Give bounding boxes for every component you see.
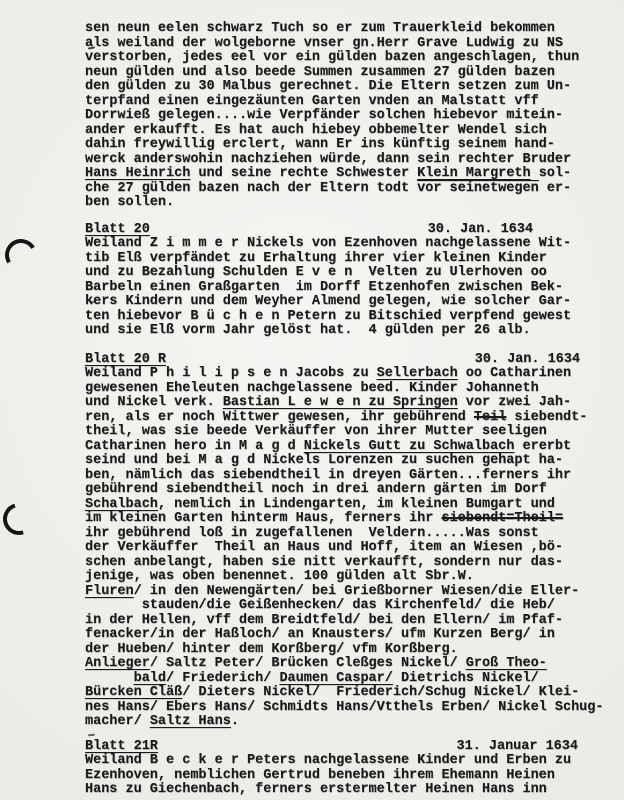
- section-blatt-20r: Blatt 20 R 30. Jan. 1634 Weiland P h i l…: [85, 353, 618, 730]
- text-line: Dorrwieß gelegen....wie Verpfänder solch…: [85, 109, 618, 124]
- text-line: im kleinen Garten hinterm Haus, ferners …: [85, 512, 618, 527]
- text-run: in der Hellen, vff dem Breidtfeld/ bei d…: [85, 613, 563, 628]
- text-line: Weiland B e c k e r Peters nachgelassene…: [85, 754, 618, 769]
- entry-date: 30. Jan. 1634: [475, 353, 580, 368]
- text-line: nes Hans/ Ebers Hans/ Schmidts Hans/Vtth…: [85, 701, 618, 716]
- text-line: werck anderswohin nachziehen würde, dann…: [85, 153, 618, 168]
- text-run: sen neun eelen schwarz Tuch so er zum Tr…: [85, 21, 555, 36]
- underlined-text: Schalbach: [85, 497, 158, 512]
- text-line: neun gülden und also beede Summen zusamm…: [85, 66, 618, 81]
- text-run: neun gülden und also beede Summen zusamm…: [85, 65, 555, 80]
- text-run: gebührend siebendtheil noch in drei ande…: [85, 482, 547, 497]
- entry-header: Blatt 20 30. Jan. 1634: [85, 223, 618, 238]
- text-run: / in den Newengärten/ bei Grießborner Wi…: [134, 584, 580, 599]
- text-run: Weiland P h i l i p s e n Jacobs zu: [85, 366, 377, 381]
- text-line: fenacker/in der Haßloch/ an Knausters/ u…: [85, 628, 618, 643]
- blatt-label: Blatt 20: [85, 223, 150, 238]
- text-run: und sie Elß vorm Jahr gelöst hat. 4 güld…: [85, 323, 531, 338]
- text-run: sol-: [531, 166, 572, 181]
- text-run: ander erkaufft. Es hat auch hiebey obbem…: [85, 123, 547, 138]
- text-run: theil, was sie beede Verkäuffer von ihre…: [85, 424, 547, 439]
- overlined-text: vor seinetwegen: [417, 181, 539, 196]
- text-line: ten hiebevor B ü c h e n Petern zu Bitsc…: [85, 310, 618, 325]
- text-line: stauden/die Geißenhecken/ das Kirchenfel…: [85, 599, 618, 614]
- text-run: den gülden zu 30 Malbus gerechnet. Die E…: [85, 79, 571, 94]
- text-line: tib Elß verpfändet zu Erhaltung ihrer vi…: [85, 252, 618, 267]
- text-run: verstorben, jedes eel vor ein gülden baz…: [85, 50, 579, 65]
- text-run: der Hueben/ hinter dem Korßberg/ vfm Kor…: [85, 642, 458, 657]
- text-line: gebührend siebendtheil noch in drei ande…: [85, 483, 618, 498]
- text-line: bald/ Friederich/ Daumen Caspar/ Dietric…: [85, 672, 618, 687]
- text-run: dahin freywillig erclert, wann Er ins kü…: [85, 137, 555, 152]
- text-line: Catharinen hero in M a g d Nickels Gutt …: [85, 440, 618, 455]
- underlined-text: Fluren: [85, 584, 134, 599]
- text-run: und Nickel verk.: [85, 395, 223, 410]
- entry-header: Blatt 21R 31. Januar 1634: [85, 740, 618, 755]
- document-text: sen neun eelen schwarz Tuch so er zum Tr…: [85, 22, 618, 798]
- text-line: den gülden zu 30 Malbus gerechnet. Die E…: [85, 80, 618, 95]
- text-run: vor zwei Jah-: [458, 395, 571, 410]
- text-line: als weiland der wolgeborne vnser gn.Herr…: [85, 37, 618, 52]
- text-run: und seine rechte Schwester: [190, 166, 417, 181]
- text-run: Weiland B e c k e r Peters nachgelassene…: [85, 753, 571, 768]
- ink-arc-mark: [2, 236, 41, 275]
- text-run: Catharinen hero in M a g d: [85, 439, 304, 454]
- text-line: Weiland Z i m m e r Nickels von Ezenhove…: [85, 237, 618, 252]
- text-line: der Verkäuffer Theil an Haus und Hoff, i…: [85, 541, 618, 556]
- text-line: gewesenen Eheleuten nachgelassene beed. …: [85, 382, 618, 397]
- ink-arc-mark: [0, 497, 41, 540]
- text-run: ben, nämlich das siebendtheil in dreyen …: [85, 468, 571, 483]
- entry-date: 31. Januar 1634: [456, 740, 578, 755]
- text-run: che 27 gülden bazen nach der Eltern todt: [85, 181, 417, 196]
- text-run: / Dieters Nickel/ Friederich/Schug Nicke…: [182, 685, 579, 700]
- underlined-text: Klein Margreth: [417, 166, 530, 181]
- text-line: und zu Bezahlung Schulden E v e n Velten…: [85, 266, 618, 281]
- text-line: kers Kindern und dem Weyher Almend geleg…: [85, 295, 618, 310]
- text-run: Weiland Z i m m e r Nickels von Ezenhove…: [85, 236, 571, 251]
- text-run: ren, als er noch Wittwer gewesen, ihr ge…: [85, 410, 474, 425]
- text-line: dahin freywillig erclert, wann Er ins kü…: [85, 138, 618, 153]
- text-run: gewesenen Eheleuten nachgelassene beed. …: [85, 381, 539, 396]
- text-run: [85, 671, 134, 686]
- blatt-label: Blatt 21R: [85, 740, 158, 755]
- blatt-label: Blatt 20 R: [85, 353, 166, 368]
- text-run: stauden/die Geißenhecken/ das Kirchenfel…: [85, 598, 555, 613]
- text-run: jenige, was oben benennet. 100 gülden al…: [85, 569, 474, 584]
- text-line: verstorben, jedes eel vor ein gülden baz…: [85, 51, 618, 66]
- text-line: Bürcken Cläß/ Dieters Nickel/ Friederich…: [85, 686, 618, 701]
- underlined-text: Hans Heinrich: [85, 166, 190, 181]
- text-run: ererbt: [514, 439, 571, 454]
- text-run: tib Elß verpfändet zu Erhaltung ihrer vi…: [85, 251, 547, 266]
- entry-header: Blatt 20 R 30. Jan. 1634: [85, 353, 618, 368]
- underlined-text: Nickels Gutt zu Schwalbach: [304, 439, 515, 454]
- text-run: schen anbelangt, haben sie nitt verkauff…: [85, 555, 563, 570]
- text-run: als weiland der wolgeborne vnser gn.Herr…: [85, 36, 563, 51]
- text-line: Hans Heinrich und seine rechte Schwester…: [85, 167, 618, 182]
- text-run: ten hiebevor B ü c h e n Petern zu Bitsc…: [85, 309, 571, 324]
- text-run: oo Catharinen: [458, 366, 571, 381]
- text-line: der Hueben/ hinter dem Korßberg/ vfm Kor…: [85, 643, 618, 658]
- text-run: er-: [539, 181, 571, 196]
- text-run: .: [231, 714, 239, 729]
- text-line: ben sollen.: [85, 196, 618, 211]
- text-line: und sie Elß vorm Jahr gelöst hat. 4 güld…: [85, 324, 618, 339]
- text-run: ihr gebührend loß in zugefallenen Velder…: [85, 526, 539, 541]
- text-run: kers Kindern und dem Weyher Almend geleg…: [85, 294, 571, 309]
- text-line: Fluren/ in den Newengärten/ bei Grießbor…: [85, 585, 618, 600]
- text-line: schen anbelangt, haben sie nitt verkauff…: [85, 556, 618, 571]
- text-line: Ezenhoven, nemblichen Gertrud beneben ih…: [85, 769, 618, 784]
- text-line: sen neun eelen schwarz Tuch so er zum Tr…: [85, 22, 618, 37]
- text-line: ander erkaufft. Es hat auch hiebey obbem…: [85, 124, 618, 139]
- text-run: / Friederich/: [166, 671, 279, 686]
- text-run: Dietrichs Nickel/: [393, 671, 539, 686]
- text-line: und Nickel verk. Bastian L e w e n zu Sp…: [85, 396, 618, 411]
- text-run: werck anderswohin nachziehen würde, dann…: [85, 152, 571, 167]
- text-line: Schalbach, nemlich in Lindengarten, im k…: [85, 498, 618, 513]
- text-run: im kleinen Garten hinterm Haus, ferners …: [85, 511, 441, 526]
- section-continuation: sen neun eelen schwarz Tuch so er zum Tr…: [85, 22, 618, 211]
- text-run: macher/: [85, 714, 150, 729]
- text-line: ben, nämlich das siebendtheil in dreyen …: [85, 469, 618, 484]
- text-line: jenige, was oben benennet. 100 gülden al…: [85, 570, 618, 585]
- text-line: theil, was sie beede Verkäuffer von ihre…: [85, 425, 618, 440]
- text-run: , nemlich in Lindengarten, im kleinen Bu…: [158, 497, 555, 512]
- text-run: / Saltz Peter/ Brücken Cleßges Nickel/: [150, 656, 466, 671]
- underlined-text: Anlieger: [85, 656, 150, 671]
- text-run: seind und bei M a g d Nickels Lorenzen z…: [85, 453, 563, 468]
- text-line: Anlieger/ Saltz Peter/ Brücken Cleßges N…: [85, 657, 618, 672]
- text-line: seind und bei M a g d Nickels Lorenzen z…: [85, 454, 618, 469]
- text-run: der Verkäuffer Theil an Haus und Hoff, i…: [85, 540, 563, 555]
- text-line: Barbeln einen Graßgarten im Dorff Etzenh…: [85, 281, 618, 296]
- section-blatt-21r: Blatt 21R 31. Januar 1634 Weiland B e c …: [85, 740, 618, 798]
- underlined-text: bald: [134, 671, 166, 686]
- text-run: nes Hans/ Ebers Hans/ Schmidts Hans/Vtth…: [85, 700, 603, 715]
- underlined-text: Groß Theo-: [466, 656, 547, 671]
- text-line: ihr gebührend loß in zugefallenen Velder…: [85, 527, 618, 542]
- text-run: terpfand einen eingezäunten Garten vnden…: [85, 94, 539, 109]
- text-run: fenacker/in der Haßloch/ an Knausters/ u…: [85, 627, 555, 642]
- text-run: Ezenhoven, nemblichen Gertrud beneben ih…: [85, 768, 555, 783]
- underlined-text: Bürcken Cläß: [85, 685, 182, 700]
- text-line: terpfand einen eingezäunten Garten vnden…: [85, 95, 618, 110]
- text-line: macher/ Saltz Hans.: [85, 715, 618, 730]
- entry-date: 30. Jan. 1634: [428, 223, 533, 238]
- text-line: Weiland P h i l i p s e n Jacobs zu Sell…: [85, 367, 618, 382]
- underlined-text: Daumen Caspar/: [279, 671, 392, 686]
- underlined-text: Bastian L e w e n zu Springen: [223, 395, 458, 410]
- text-run: siebendt-: [506, 410, 587, 425]
- scanned-page: sen neun eelen schwarz Tuch so er zum Tr…: [0, 0, 624, 800]
- text-line: che 27 gülden bazen nach der Eltern todt…: [85, 182, 618, 197]
- text-run: Hans zu Giechenbach, ferners erstermelte…: [85, 782, 547, 797]
- underlined-text: Sellerbach: [377, 366, 458, 381]
- text-line: Hans zu Giechenbach, ferners erstermelte…: [85, 783, 618, 798]
- struck-text: siebendt=Theil=: [441, 511, 563, 526]
- text-line: ren, als er noch Wittwer gewesen, ihr ge…: [85, 411, 618, 426]
- text-run: und zu Bezahlung Schulden E v e n Velten…: [85, 265, 547, 280]
- struck-text: Teil: [474, 410, 506, 425]
- text-run: ben sollen.: [85, 195, 174, 210]
- underlined-text: Saltz Hans: [150, 714, 231, 729]
- text-run: Dorrwieß gelegen....wie Verpfänder solch…: [85, 108, 563, 123]
- text-run: Barbeln einen Graßgarten im Dorff Etzenh…: [85, 280, 563, 295]
- section-blatt-20: Blatt 20 30. Jan. 1634 Weiland Z i m m e…: [85, 223, 618, 339]
- text-line: in der Hellen, vff dem Breidtfeld/ bei d…: [85, 614, 618, 629]
